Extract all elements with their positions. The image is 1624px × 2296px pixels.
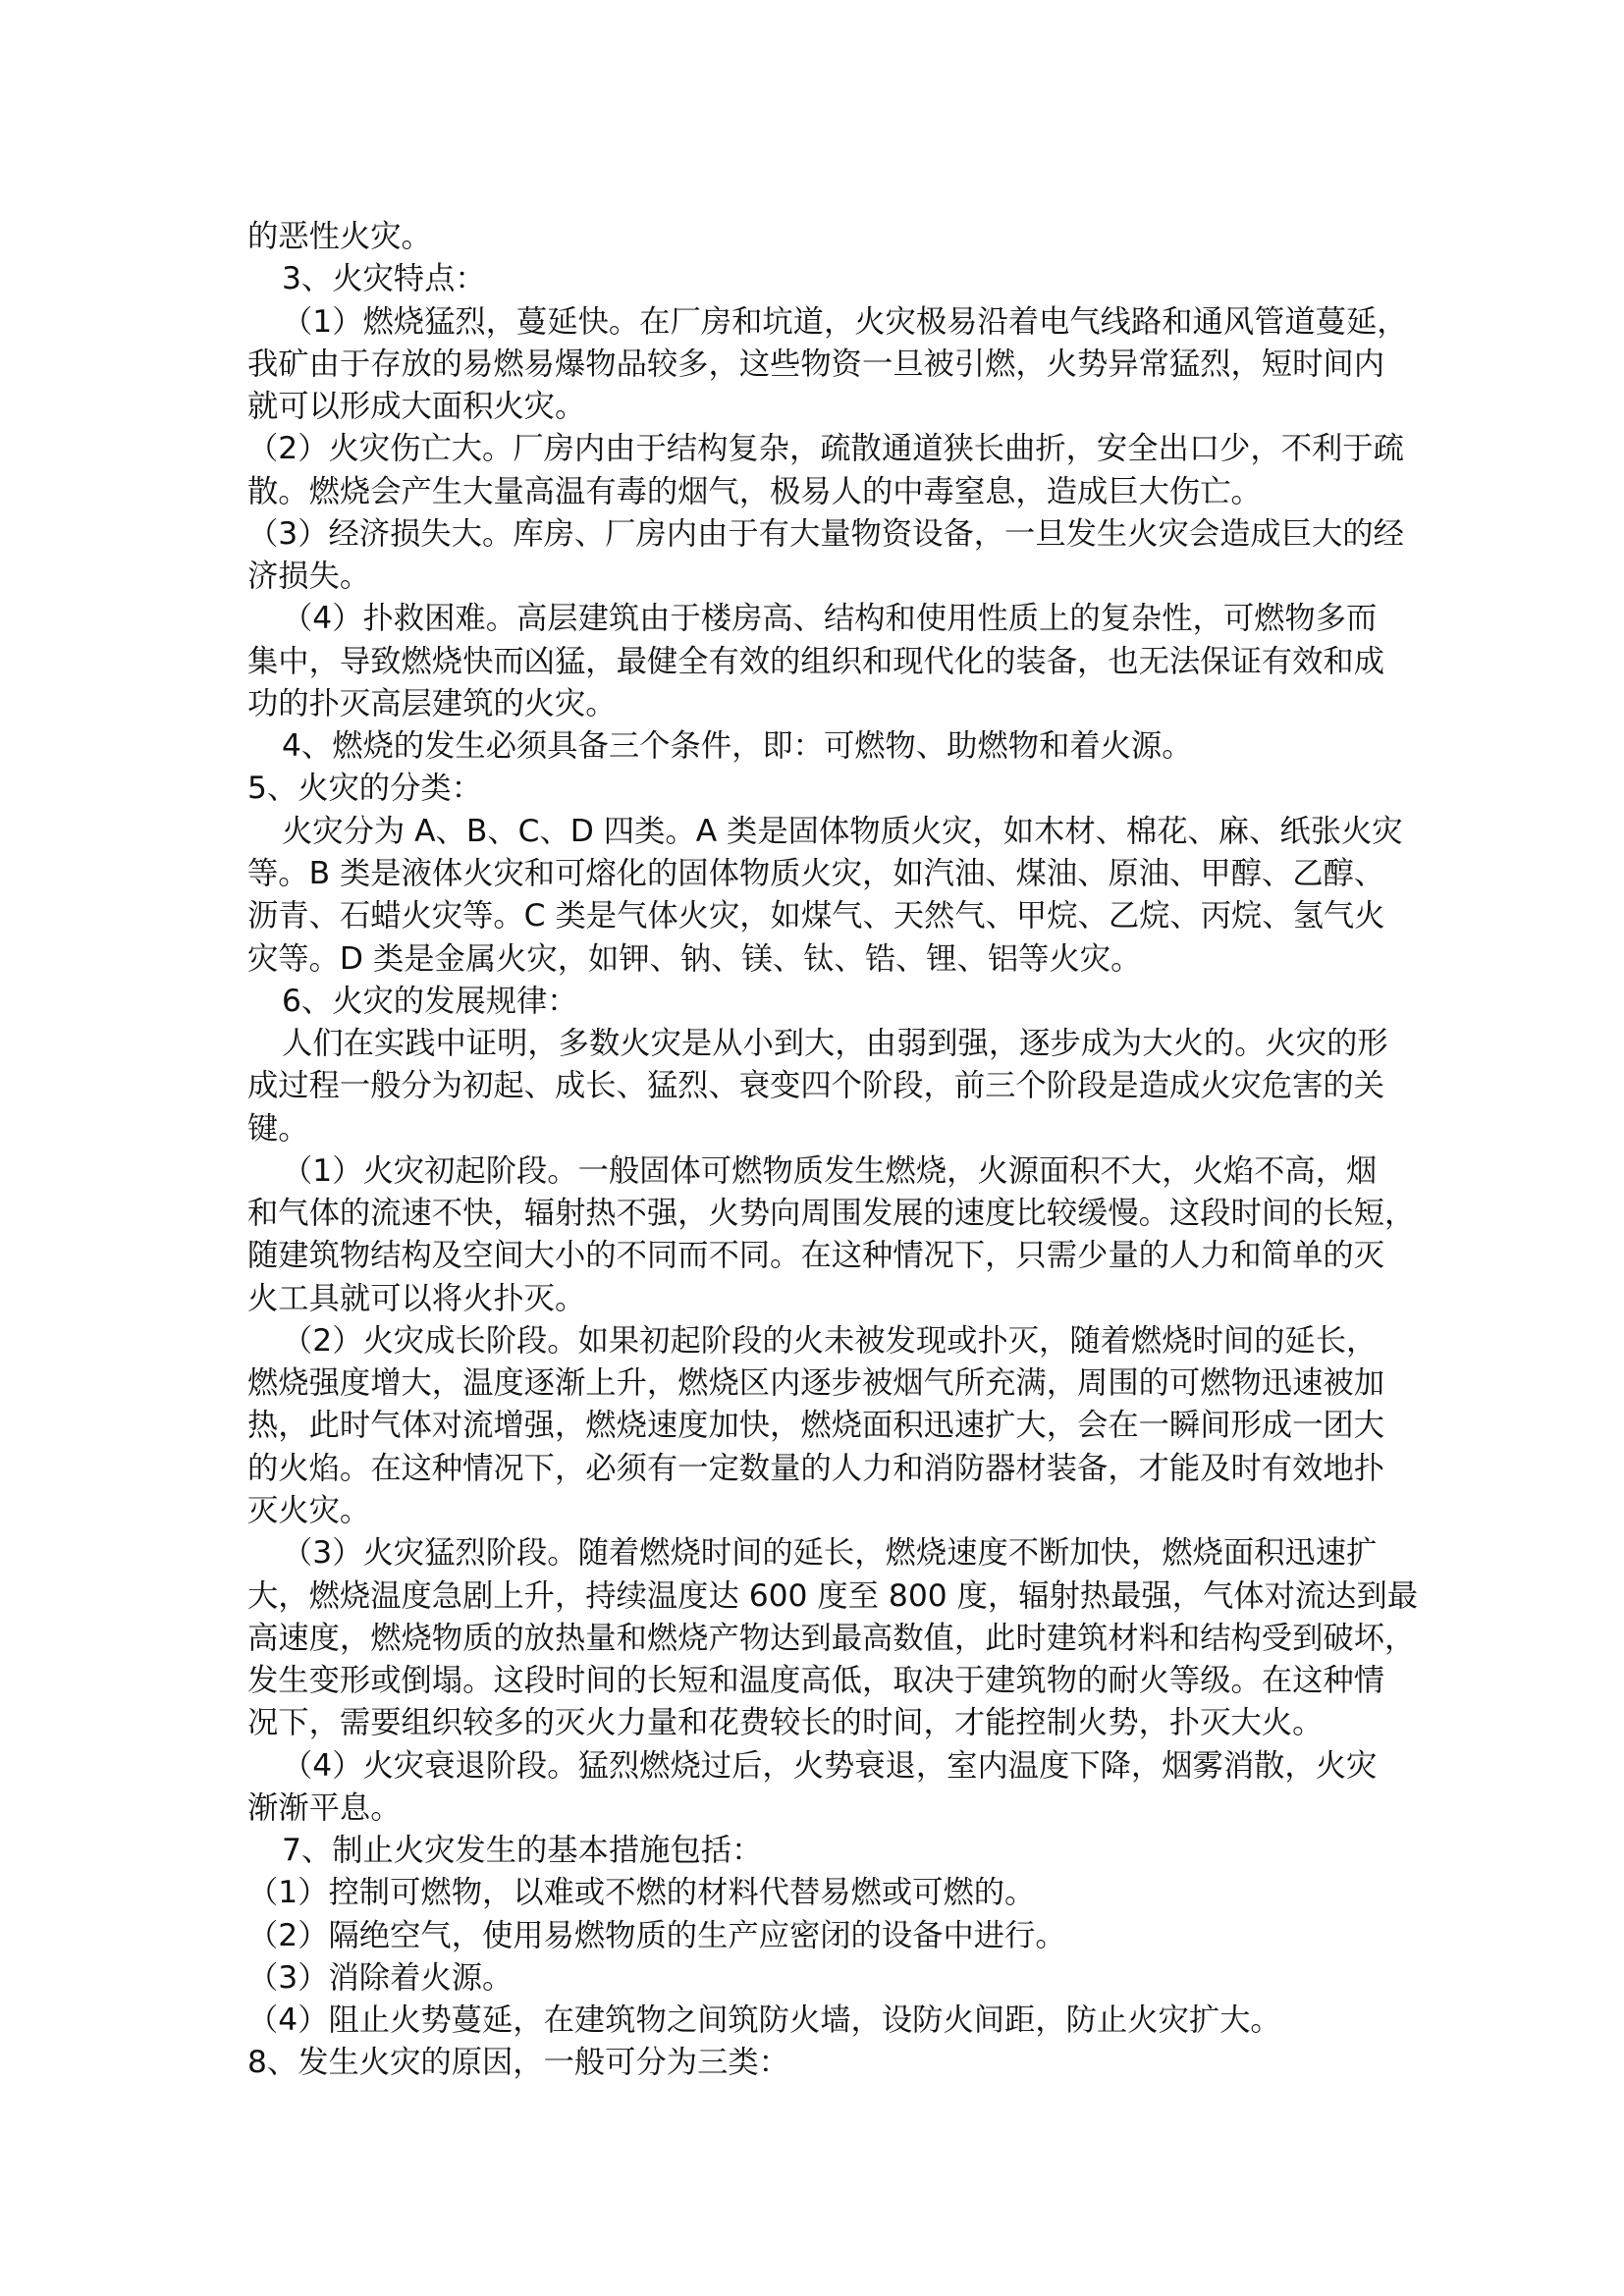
text-line: 集中，导致燃烧快而凶猛，最健全有效的组织和现代化的装备，也无法保证有效和成 [247, 641, 1406, 683]
section-heading-fire-characteristics: 3、火灾特点： [247, 258, 1406, 300]
paragraph-characteristic-3: （3）经济损失大。库房、厂房内由于有大量物资设备，一旦发生火灾会造成巨大的经 济… [247, 513, 1406, 599]
text-line: 散。燃烧会产生大量高温有毒的烟气，极易人的中毒窒息，造成巨大伤亡。 [247, 471, 1406, 513]
text-line: （2）火灾伤亡大。厂房内由于结构复杂，疏散通道狭长曲折，安全出口少，不利于疏 [247, 428, 1406, 470]
text-line: 热，此时气体对流增强，燃烧速度加快，燃烧面积迅速扩大，会在一瞬间形成一团大 [247, 1405, 1406, 1447]
text-line: 我矿由于存放的易燃易爆物品较多，这些物资一旦被引燃，火势异常猛烈，短时间内 [247, 344, 1406, 386]
section-heading-combustion-conditions: 4、燃烧的发生必须具备三个条件，即：可燃物、助燃物和着火源。 [247, 725, 1406, 768]
list-item-measure-1: （1）控制可燃物，以难或不燃的材料代替易燃或可燃的。 [247, 1872, 1406, 1914]
text-line: 济损失。 [247, 556, 1406, 598]
paragraph-development-intro: 人们在实践中证明，多数火灾是从小到大，由弱到强，逐步成为大火的。火灾的形 成过程… [247, 1023, 1406, 1150]
document-body: 的恶性火灾。 3、火灾特点： （1）燃烧猛烈，蔓延快。在厂房和坑道，火灾极易沿着… [247, 216, 1406, 2085]
text-line: 键。 [247, 1108, 1406, 1150]
text-line: 和气体的流速不快，辐射热不强，火势向周围发展的速度比较缓慢。这段时间的长短， [247, 1193, 1406, 1235]
text-line: （1）燃烧猛烈，蔓延快。在厂房和坑道，火灾极易沿着电气线路和通风管道蔓延， [247, 301, 1406, 344]
text-line: 7、制止火灾发生的基本措施包括： [247, 1830, 1406, 1872]
paragraph-stage-growth: （2）火灾成长阶段。如果初起阶段的火未被发现或扑灭，随着燃烧时间的延长， 燃烧强… [247, 1320, 1406, 1532]
document-page: 的恶性火灾。 3、火灾特点： （1）燃烧猛烈，蔓延快。在厂房和坑道，火灾极易沿着… [0, 0, 1624, 2296]
text-line: （4）火灾衰退阶段。猛烈燃烧过后，火势衰退，室内温度下降，烟雾消散，火灾 [247, 1745, 1406, 1788]
text-line: （2）隔绝空气，使用易燃物质的生产应密闭的设备中进行。 [247, 1915, 1406, 1957]
text-line: 的火焰。在这种情况下，必须有一定数量的人力和消防器材装备，才能及时有效地扑 [247, 1448, 1406, 1490]
text-line: 火灾分为 A、B、C、D 四类。A 类是固体物质火灾，如木材、棉花、麻、纸张火灾 [247, 811, 1406, 853]
list-item-measure-4: （4）阻止火势蔓延，在建筑物之间筑防火墙，设防火间距，防止火灾扩大。 [247, 2000, 1406, 2042]
paragraph-characteristic-1: （1）燃烧猛烈，蔓延快。在厂房和坑道，火灾极易沿着电气线路和通风管道蔓延， 我矿… [247, 301, 1406, 429]
section-heading-prevention-measures: 7、制止火灾发生的基本措施包括： [247, 1830, 1406, 1872]
paragraph-characteristic-4: （4）扑救困难。高层建筑由于楼房高、结构和使用性质上的复杂性，可燃物多而 集中，… [247, 598, 1406, 725]
text-line: 渐渐平息。 [247, 1788, 1406, 1830]
text-line: 5、火灾的分类： [247, 768, 1406, 810]
text-line: 的恶性火灾。 [247, 216, 1406, 258]
text-line: 等。B 类是液体火灾和可熔化的固体物质火灾，如汽油、煤油、原油、甲醇、乙醇、 [247, 853, 1406, 895]
text-line: 人们在实践中证明，多数火灾是从小到大，由弱到强，逐步成为大火的。火灾的形 [247, 1023, 1406, 1065]
paragraph-characteristic-2: （2）火灾伤亡大。厂房内由于结构复杂，疏散通道狭长曲折，安全出口少，不利于疏 散… [247, 428, 1406, 513]
list-item-measure-2: （2）隔绝空气，使用易燃物质的生产应密闭的设备中进行。 [247, 1915, 1406, 1957]
paragraph-stage-fierce: （3）火灾猛烈阶段。随着燃烧时间的延长，燃烧速度不断加快，燃烧面积迅速扩 大，燃… [247, 1532, 1406, 1744]
text-line: 灭火灾。 [247, 1490, 1406, 1532]
text-line: 况下，需要组织较多的灭火力量和花费较长的时间，才能控制火势，扑灭大火。 [247, 1702, 1406, 1744]
text-line: （3）消除着火源。 [247, 1957, 1406, 2000]
list-item-measure-3: （3）消除着火源。 [247, 1957, 1406, 2000]
text-line: （1）火灾初起阶段。一般固体可燃物质发生燃烧，火源面积不大，火焰不高，烟 [247, 1150, 1406, 1193]
text-line: 4、燃烧的发生必须具备三个条件，即：可燃物、助燃物和着火源。 [247, 725, 1406, 768]
text-line: 就可以形成大面积火灾。 [247, 386, 1406, 428]
section-heading-fire-classification: 5、火灾的分类： [247, 768, 1406, 810]
text-line: （4）扑救困难。高层建筑由于楼房高、结构和使用性质上的复杂性，可燃物多而 [247, 598, 1406, 640]
text-line: （4）阻止火势蔓延，在建筑物之间筑防火墙，设防火间距，防止火灾扩大。 [247, 2000, 1406, 2042]
section-heading-fire-causes: 8、发生火灾的原因，一般可分为三类： [247, 2042, 1406, 2084]
text-line: 沥青、石蜡火灾等。C 类是气体火灾，如煤气、天然气、甲烷、乙烷、丙烷、氢气火 [247, 895, 1406, 937]
text-line: 成过程一般分为初起、成长、猛烈、衰变四个阶段，前三个阶段是造成火灾危害的关 [247, 1065, 1406, 1107]
paragraph-stage-initial: （1）火灾初起阶段。一般固体可燃物质发生燃烧，火源面积不大，火焰不高，烟 和气体… [247, 1150, 1406, 1320]
section-heading-fire-development: 6、火灾的发展规律： [247, 981, 1406, 1023]
text-line: 大，燃烧温度急剧上升，持续温度达 600 度至 800 度，辐射热最强，气体对流… [247, 1575, 1406, 1618]
text-line: （3）经济损失大。库房、厂房内由于有大量物资设备，一旦发生火灾会造成巨大的经 [247, 513, 1406, 556]
text-line: 3、火灾特点： [247, 258, 1406, 300]
text-line: 燃烧强度增大，温度逐渐上升，燃烧区内逐步被烟气所充满，周围的可燃物迅速被加 [247, 1362, 1406, 1405]
text-line: 火工具就可以将火扑灭。 [247, 1278, 1406, 1320]
text-line: 功的扑灭高层建筑的火灾。 [247, 683, 1406, 725]
text-line: 随建筑物结构及空间大小的不同而不同。在这种情况下，只需少量的人力和简单的灭 [247, 1235, 1406, 1277]
text-line: 8、发生火灾的原因，一般可分为三类： [247, 2042, 1406, 2084]
text-line: 发生变形或倒塌。这段时间的长短和温度高低，取决于建筑物的耐火等级。在这种情 [247, 1660, 1406, 1702]
text-line: 灾等。D 类是金属火灾，如钾、钠、镁、钛、锆、锂、铝等火灾。 [247, 938, 1406, 981]
text-line: （3）火灾猛烈阶段。随着燃烧时间的延长，燃烧速度不断加快，燃烧面积迅速扩 [247, 1532, 1406, 1575]
paragraph-continuation: 的恶性火灾。 [247, 216, 1406, 258]
paragraph-fire-classes: 火灾分为 A、B、C、D 四类。A 类是固体物质火灾，如木材、棉花、麻、纸张火灾… [247, 811, 1406, 981]
paragraph-stage-decline: （4）火灾衰退阶段。猛烈燃烧过后，火势衰退，室内温度下降，烟雾消散，火灾 渐渐平… [247, 1745, 1406, 1831]
text-line: 6、火灾的发展规律： [247, 981, 1406, 1023]
text-line: （1）控制可燃物，以难或不燃的材料代替易燃或可燃的。 [247, 1872, 1406, 1914]
text-line: 高速度，燃烧物质的放热量和燃烧产物达到最高数值，此时建筑材料和结构受到破坏， [247, 1618, 1406, 1660]
text-line: （2）火灾成长阶段。如果初起阶段的火未被发现或扑灭，随着燃烧时间的延长， [247, 1320, 1406, 1362]
